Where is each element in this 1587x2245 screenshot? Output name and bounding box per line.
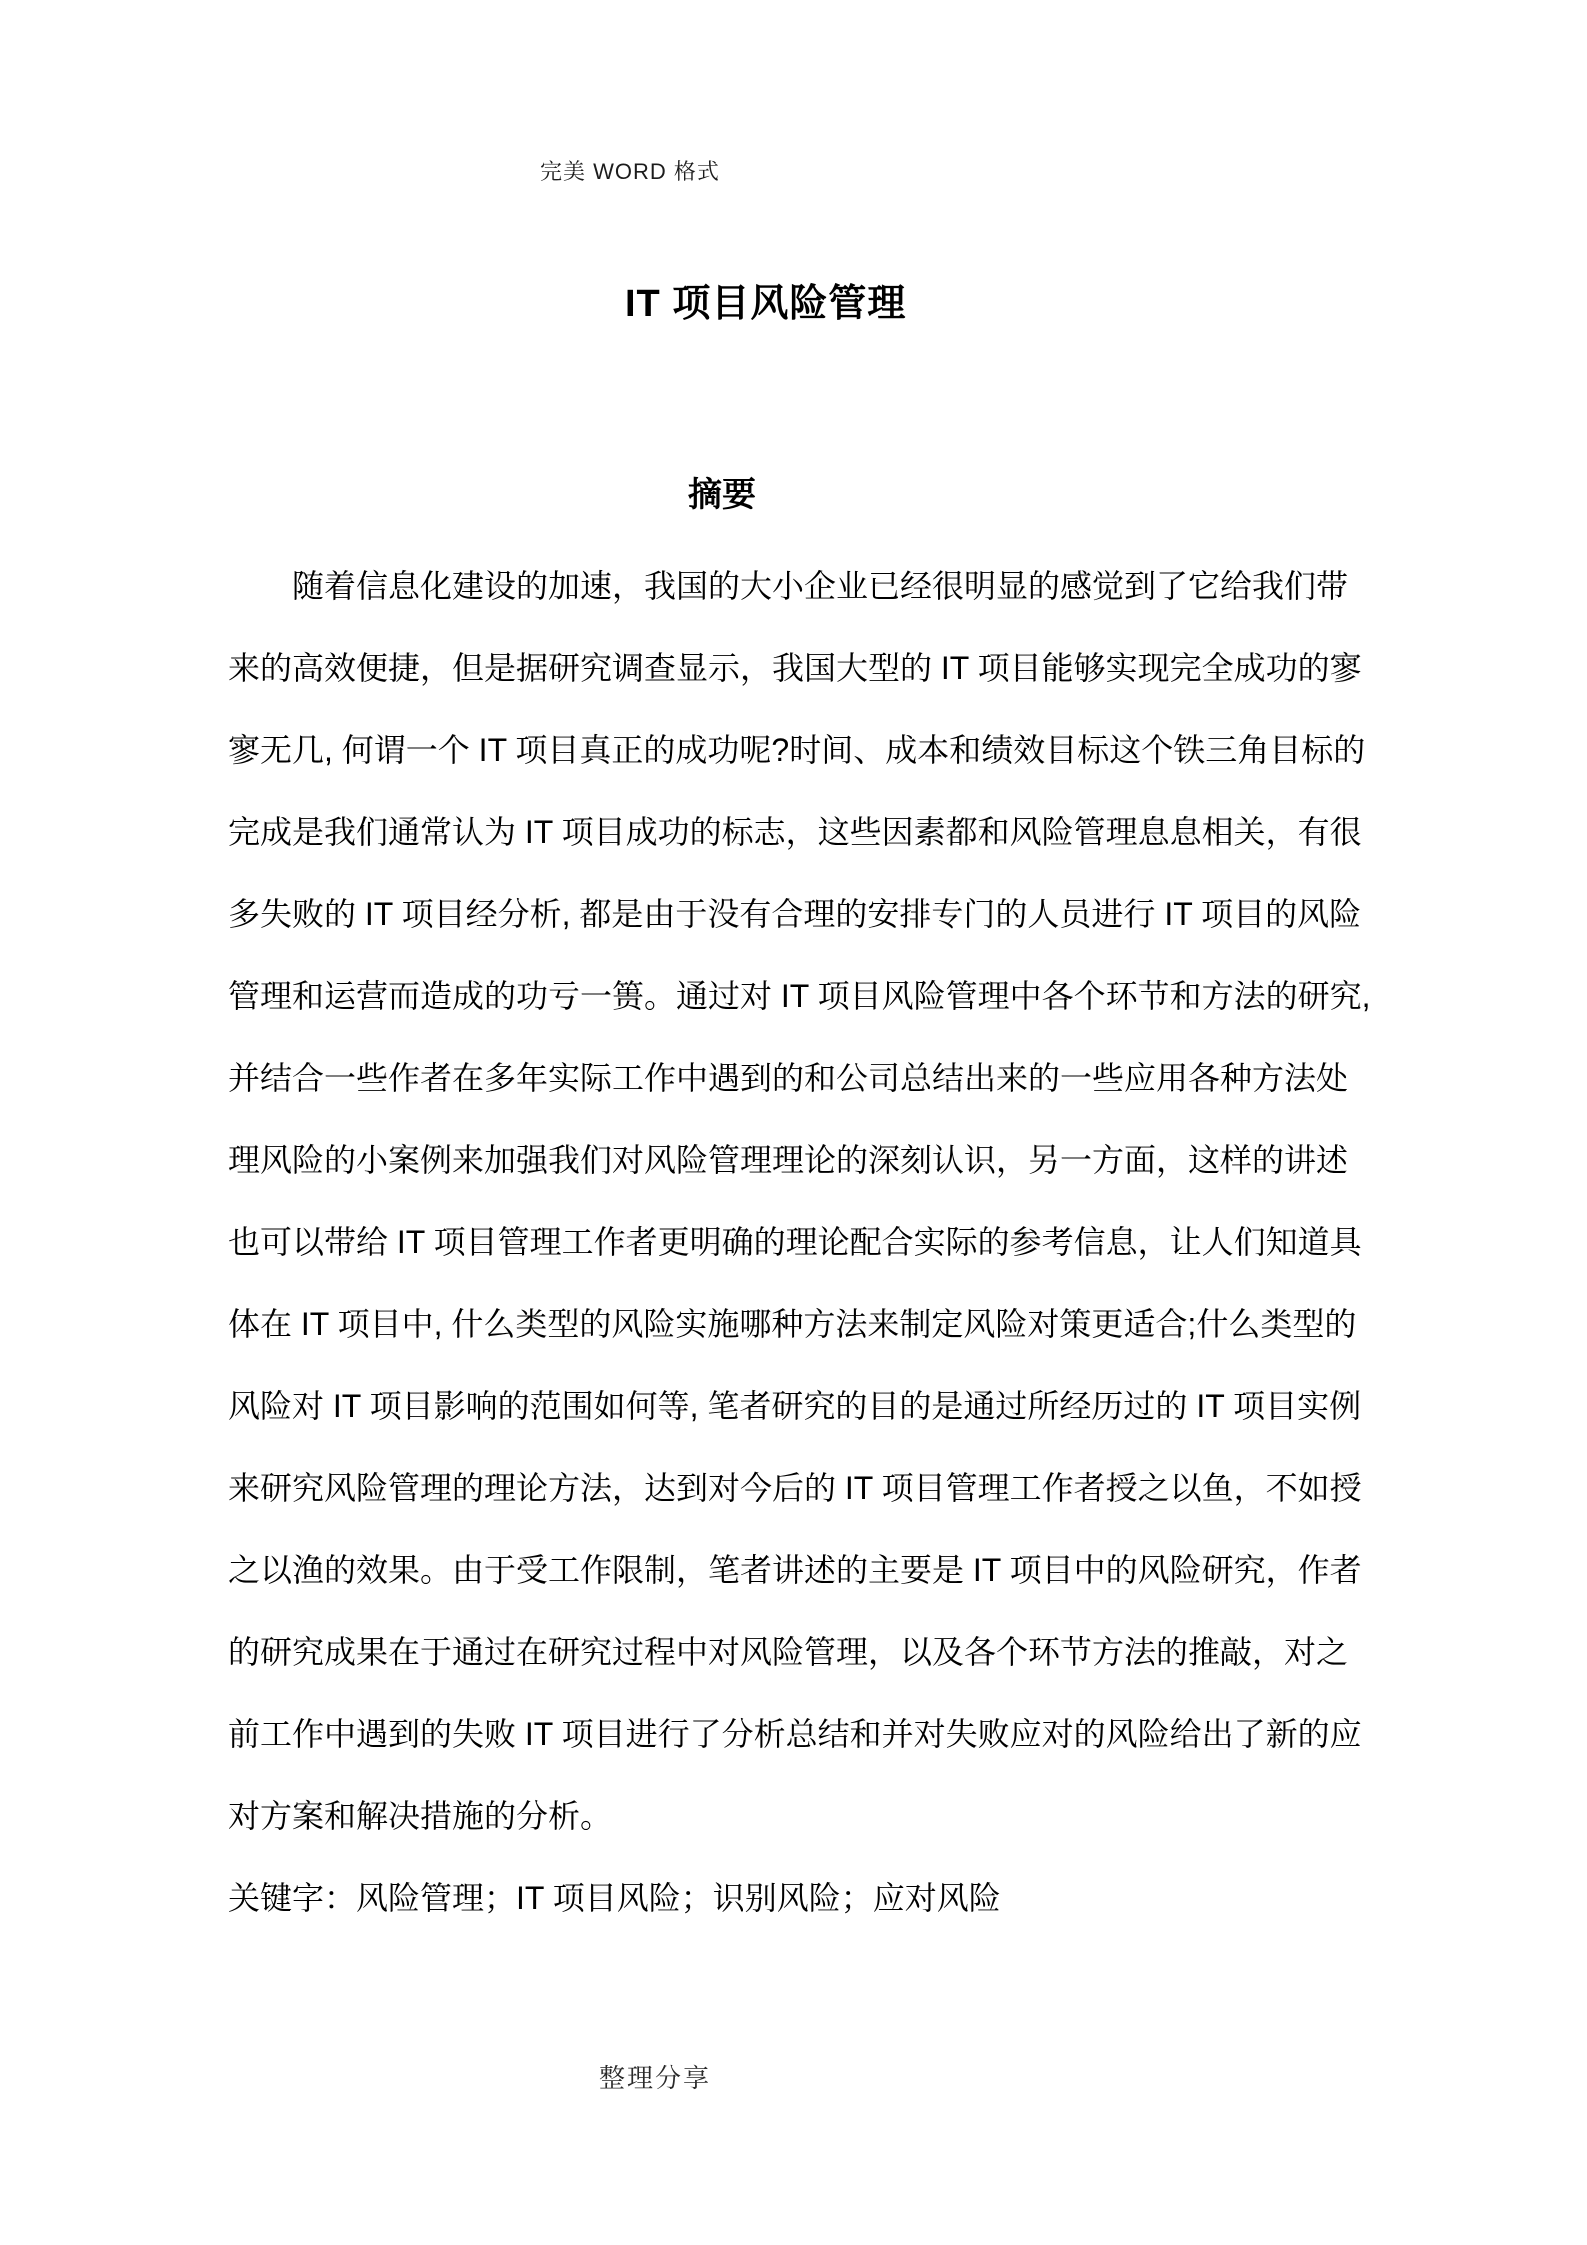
abstract-heading: 摘要: [688, 467, 756, 516]
abstract-line: 管理和运营而造成的功亏一篑。通过对 IT 项目风险管理中各个环节和方法的研究,: [228, 955, 1368, 1037]
abstract-line: 的研究成果在于通过在研究过程中对风险管理，以及各个环节方法的推敲，对之: [228, 1611, 1368, 1693]
page-header-text: 完美 WORD 格式: [540, 155, 720, 186]
abstract-line: 完成是我们通常认为 IT 项目成功的标志，这些因素都和风险管理息息相关，有很: [228, 791, 1368, 873]
abstract-line: 前工作中遇到的失败 IT 项目进行了分析总结和并对失败应对的风险给出了新的应: [228, 1693, 1368, 1775]
abstract-paragraph: 随着信息化建设的加速，我国的大小企业已经很明显的感觉到了它给我们带 来的高效便捷…: [228, 545, 1368, 1939]
abstract-line: 寥无几, 何谓一个 IT 项目真正的成功呢?时间、成本和绩效目标这个铁三角目标的: [228, 709, 1368, 791]
abstract-line: 多失败的 IT 项目经分析, 都是由于没有合理的安排专门的人员进行 IT 项目的…: [228, 873, 1368, 955]
document-page: 完美 WORD 格式 IT 项目风险管理 摘要 随着信息化建设的加速，我国的大小…: [0, 0, 1587, 2245]
abstract-line: 体在 IT 项目中, 什么类型的风险实施哪种方法来制定风险对策更适合;什么类型的: [228, 1283, 1368, 1365]
abstract-line: 来研究风险管理的理论方法，达到对今后的 IT 项目管理工作者授之以鱼，不如授: [228, 1447, 1368, 1529]
abstract-line: 理风险的小案例来加强我们对风险管理理论的深刻认识，另一方面，这样的讲述: [228, 1119, 1368, 1201]
abstract-line: 随着信息化建设的加速，我国的大小企业已经很明显的感觉到了它给我们带: [228, 545, 1368, 627]
abstract-line: 之以渔的效果。由于受工作限制，笔者讲述的主要是 IT 项目中的风险研究，作者: [228, 1529, 1368, 1611]
abstract-line: 风险对 IT 项目影响的范围如何等, 笔者研究的目的是通过所经历过的 IT 项目…: [228, 1365, 1368, 1447]
abstract-line: 也可以带给 IT 项目管理工作者更明确的理论配合实际的参考信息，让人们知道具: [228, 1201, 1368, 1283]
abstract-line: 对方案和解决措施的分析。: [228, 1775, 1368, 1857]
abstract-line: 来的高效便捷，但是据研究调查显示，我国大型的 IT 项目能够实现完全成功的寥: [228, 627, 1368, 709]
document-title: IT 项目风险管理: [625, 272, 906, 327]
abstract-line: 并结合一些作者在多年实际工作中遇到的和公司总结出来的一些应用各种方法处: [228, 1037, 1368, 1119]
keywords-line: 关键字：风险管理；IT 项目风险；识别风险；应对风险: [228, 1857, 1368, 1939]
page-footer-text: 整理分享: [599, 2058, 711, 2095]
